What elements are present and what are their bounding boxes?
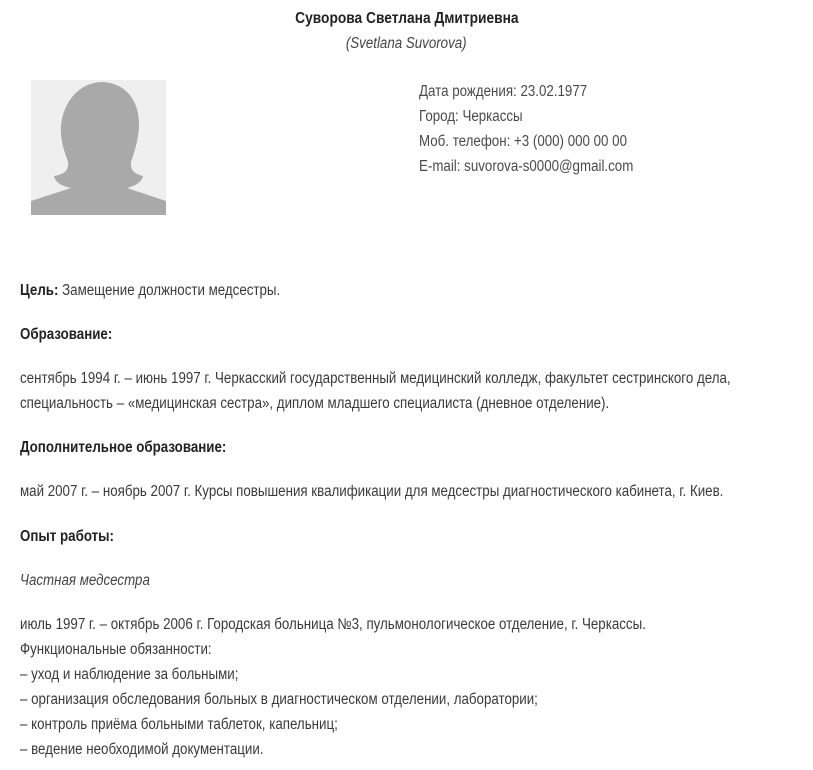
birth-date: Дата рождения: 23.02.1977 bbox=[419, 82, 668, 107]
duty-item: – уход и наблюдение за больными; bbox=[20, 665, 274, 685]
goal-label: Цель: bbox=[20, 282, 58, 299]
latin-name: (Svetlana Suvorova) bbox=[0, 34, 813, 54]
education-heading: Образование: bbox=[20, 325, 127, 345]
female-avatar-icon bbox=[31, 80, 166, 215]
experience-position: Частная медсестра bbox=[20, 571, 171, 591]
duties-label: Функциональные обязанности: bbox=[20, 640, 243, 660]
experience-heading: Опыт работы: bbox=[20, 527, 129, 547]
duty-item: – организация обследования больных в диа… bbox=[20, 690, 622, 710]
experience-period: июль 1997 г. – октябрь 2006 г. Городская… bbox=[20, 615, 748, 635]
education-line-1: сентябрь 1994 г. – июнь 1997 г. Черкасск… bbox=[20, 369, 813, 389]
goal-line: Цель: Замещение должности медсестры. bbox=[20, 281, 323, 301]
profile-photo bbox=[31, 80, 166, 215]
education-line-2: специальность – «медицинская сестра», ди… bbox=[20, 394, 705, 414]
full-name: Суворова Светлана Дмитриевна bbox=[0, 9, 813, 29]
goal-text: Замещение должности медсестры. bbox=[58, 282, 280, 299]
additional-education-text: май 2007 г. – ноябрь 2007 г. Курсы повыш… bbox=[20, 482, 813, 502]
email[interactable]: E-mail: suvorova-s0000@gmail.com bbox=[419, 157, 668, 182]
contact-info: Дата рождения: 23.02.1977 Город: Черкасс… bbox=[419, 82, 668, 182]
mobile-phone: Моб. телефон: +3 (000) 000 00 00 bbox=[419, 132, 668, 157]
duty-item: – ведение необходимой документации. bbox=[20, 740, 303, 760]
city: Город: Черкассы bbox=[419, 107, 668, 132]
additional-education-heading: Дополнительное образование: bbox=[20, 438, 260, 458]
duty-item: – контроль приёма больными таблеток, кап… bbox=[20, 715, 390, 735]
